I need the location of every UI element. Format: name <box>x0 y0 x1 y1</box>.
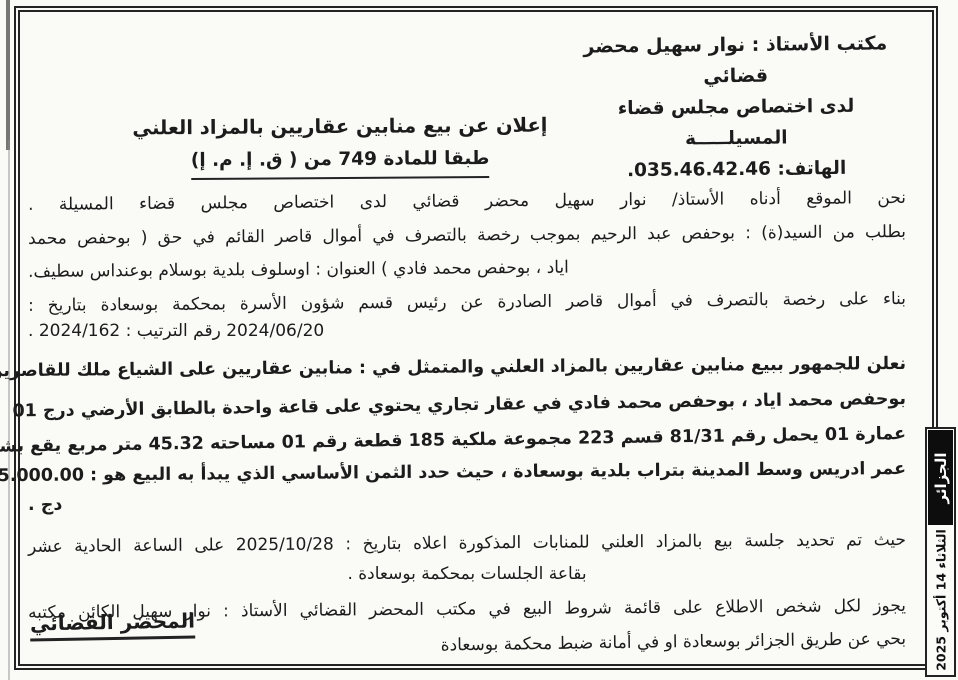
office-name: مكتب الأستاذ : نوار سهيل محضر قضائي <box>565 28 906 94</box>
body-line-12: بقاعة الجلسات بمحكمة بوسعادة . <box>28 561 906 587</box>
newspaper-side-strip: الجزائر الثلاثاء 14 أكتوبر 2025 <box>925 427 956 677</box>
body-line-10: دج . <box>28 492 906 518</box>
office-jurisdiction: لدى اختصاص مجلس قضاء المسيلـــــة <box>566 90 907 156</box>
bailiff-office-header: مكتب الأستاذ : نوار سهيل محضر قضائي لدى … <box>565 28 907 187</box>
scanned-page: مكتب الأستاذ : نوار سهيل محضر قضائي لدى … <box>0 0 958 680</box>
scan-edge-artifact <box>6 0 10 150</box>
scan-edge-artifact <box>8 140 10 680</box>
notice-title-article-ref: طبقا للمادة 749 من ( ق. إ. م. إ) <box>191 142 490 180</box>
body-line-5: 2024/06/20 رقم الترتيب : 2024/162 . <box>28 318 906 344</box>
bailiff-signature-label: المحضر القضائي <box>30 609 196 642</box>
newspaper-name: الجزائر <box>932 452 950 503</box>
notice-title-line: إعلان عن بيع منابين عقاريين بالمزاد العل… <box>128 109 552 145</box>
newspaper-name-box: الجزائر <box>928 430 953 525</box>
newspaper-date: الثلاثاء 14 أكتوبر 2025 <box>933 529 948 671</box>
office-phone: الهاتف: 035.46.42.46. <box>566 152 906 187</box>
notice-title: إعلان عن بيع منابين عقاريين بالمزاد العل… <box>128 109 552 181</box>
newspaper-date-box: الثلاثاء 14 أكتوبر 2025 <box>928 525 953 675</box>
